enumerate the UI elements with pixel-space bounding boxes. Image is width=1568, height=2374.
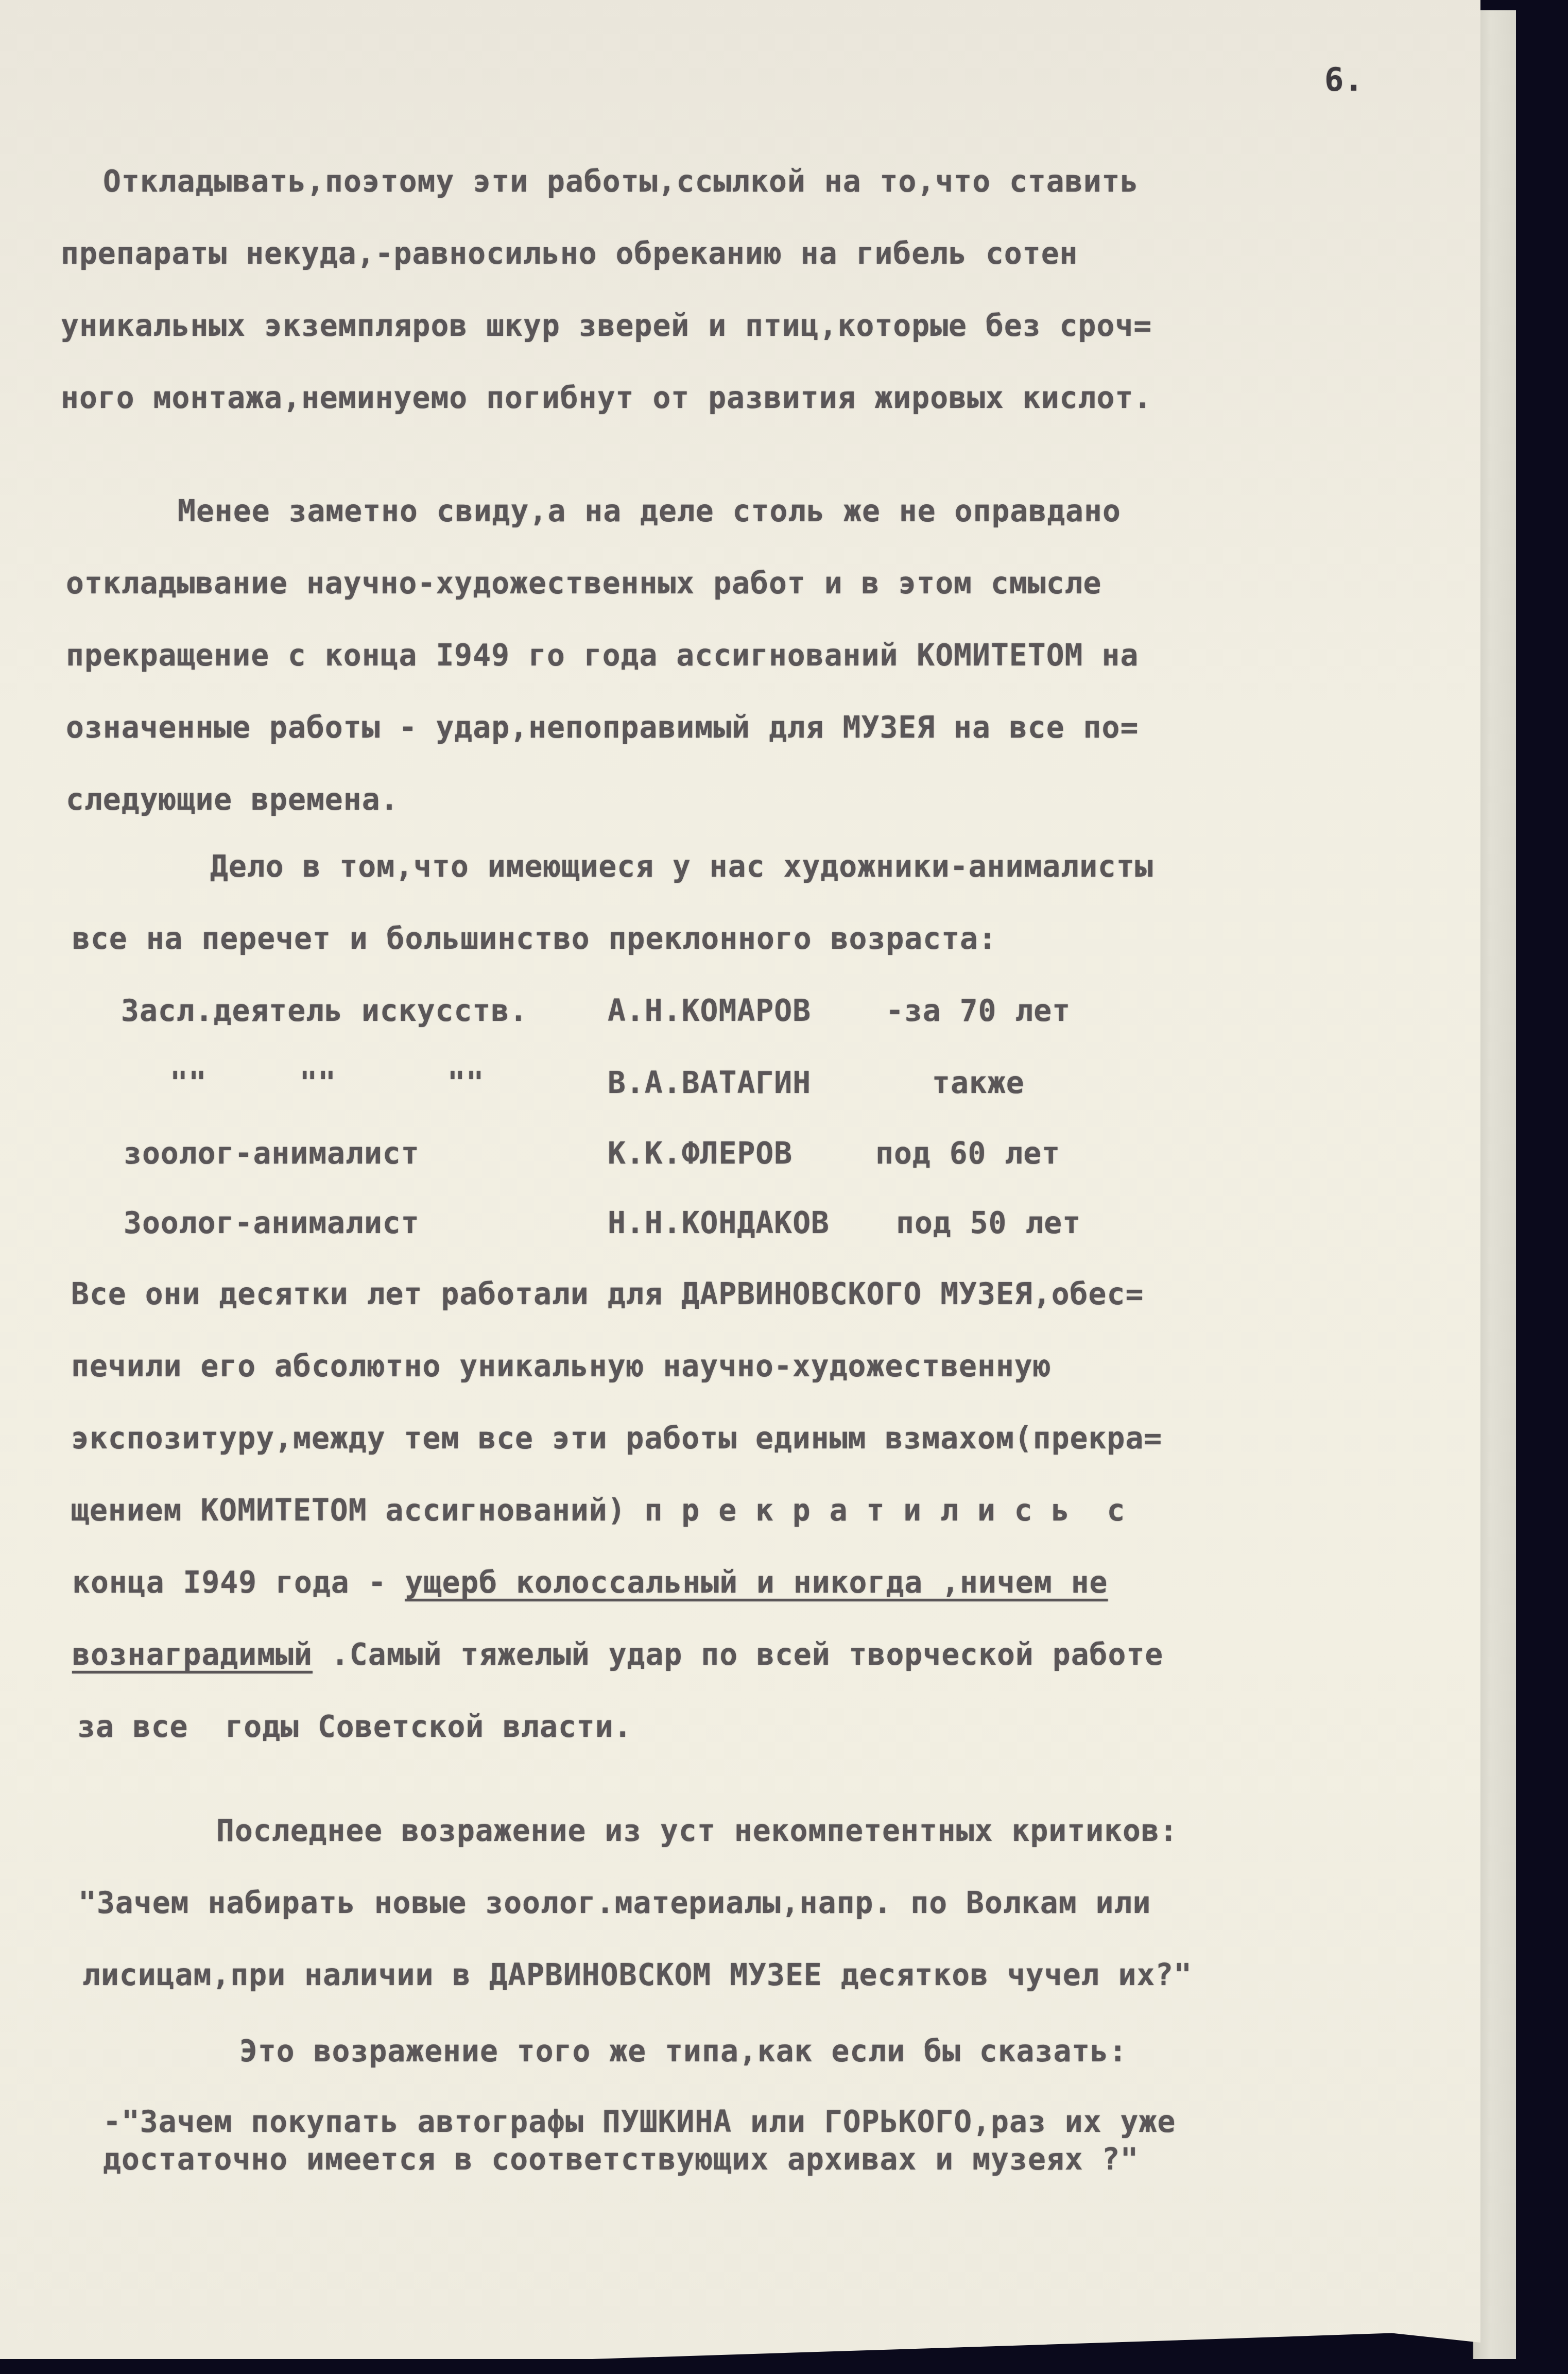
text-line: ного монтажа,неминуемо погибнут от разви… <box>61 380 1152 415</box>
artist-name: В.А.ВАТАГИН <box>608 1065 811 1100</box>
text-line: все на перечет и большинство преклонного… <box>72 921 997 956</box>
text-line: откладывание научно-художественных работ… <box>66 566 1101 601</box>
artist-name: А.Н.КОМАРОВ <box>608 993 811 1028</box>
artist-role: "" "" "" <box>170 1065 485 1100</box>
text-line: экспозитуру,между тем все эти работы еди… <box>71 1421 1162 1456</box>
artist-age: -за 70 лет <box>886 993 1071 1028</box>
artist-role: зоолог-анималист <box>124 1136 420 1171</box>
artist-role: Зоолог-анималист <box>124 1205 420 1240</box>
text-line: препараты некуда,-равносильно обреканию … <box>61 236 1078 271</box>
artist-name: Н.Н.КОНДАКОВ <box>608 1205 830 1240</box>
text-line: -"Зачем покупать автографы ПУШКИНА или Г… <box>103 2104 1176 2139</box>
text-line: Откладывать,поэтому эти работы,ссылкой н… <box>103 164 1139 199</box>
artist-name: К.К.ФЛЕРОВ <box>608 1136 792 1171</box>
text-line: печили его абсолютно уникальную научно-х… <box>71 1348 1052 1384</box>
artist-age: также <box>932 1065 1025 1100</box>
text-line: "Зачем набирать новые зоолог.материалы,н… <box>78 1885 1151 1920</box>
plain-text: конца I949 года - <box>72 1565 405 1600</box>
text-line: вознаградимый .Самый тяжелый удар по все… <box>72 1637 1163 1672</box>
text-line: Менее заметно свиду,а на деле столь же н… <box>178 493 1121 528</box>
text-line: щением КОМИТЕТОМ ассигнований) п р е к р… <box>71 1493 1125 1528</box>
plain-text: .Самый тяжелый удар по всей творческой р… <box>313 1637 1163 1672</box>
text-line: означенные работы - удар,непоправимый дл… <box>66 710 1139 745</box>
text-line: за все годы Советской власти. <box>77 1709 632 1744</box>
artist-role: Засл.деятель искусств. <box>121 993 528 1028</box>
text-line: лисицам,при наличии в ДАРВИНОВСКОМ МУЗЕЕ… <box>82 1957 1192 1992</box>
page-number: 6. <box>1324 61 1364 98</box>
text-line: достаточно имеется в соответствующих арх… <box>103 2142 1139 2177</box>
text-line: Все они десятки лет работали для ДАРВИНО… <box>71 1276 1144 1311</box>
document-page: 6. Откладывать,поэтому эти работы,ссылко… <box>0 0 1480 2359</box>
underlined-text: ущерб колоссальный и никогда ,ничем не <box>405 1565 1108 1600</box>
text-line: Последнее возражение из уст некомпетентн… <box>216 1813 1178 1848</box>
underlined-text: вознаградимый <box>72 1637 313 1672</box>
text-line: следующие времена. <box>66 782 399 817</box>
artist-age: под 50 лет <box>896 1205 1081 1240</box>
text-line: прекращение с конца I949 го года ассигно… <box>66 638 1139 673</box>
text-line: Это возражение того же типа,как если бы … <box>239 2034 1127 2069</box>
text-line: Дело в том,что имеющиеся у нас художники… <box>210 849 1153 884</box>
text-line: уникальных экземпляров шкур зверей и пти… <box>61 308 1152 343</box>
text-line: конца I949 года - ущерб колоссальный и н… <box>72 1565 1108 1600</box>
artist-age: под 60 лет <box>875 1136 1060 1171</box>
